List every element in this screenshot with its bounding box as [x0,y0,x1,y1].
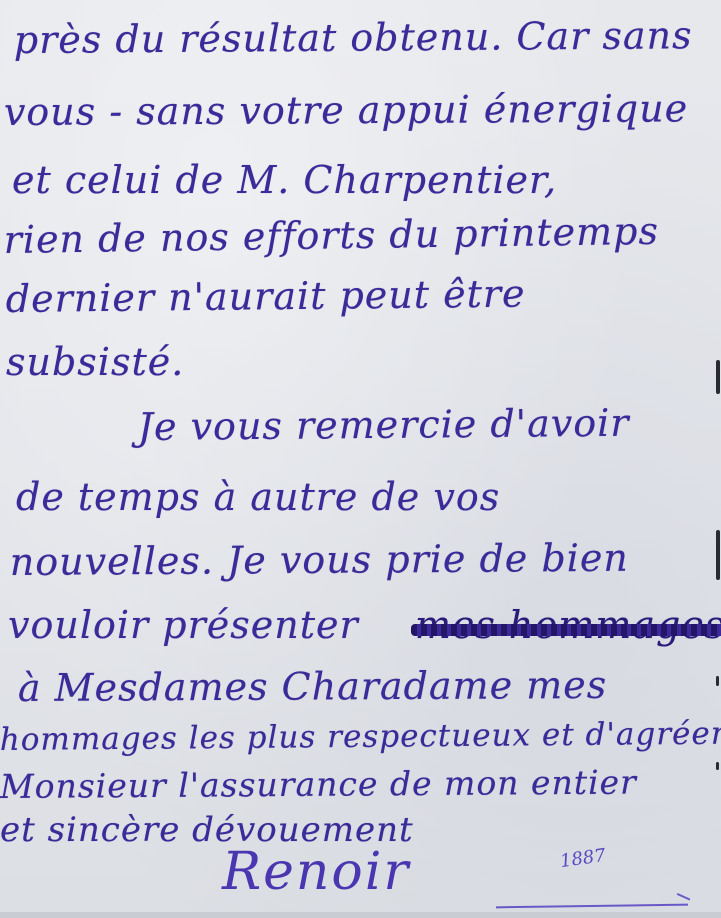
letter-line-10: vouloir présenter mes hommages [8,603,721,647]
letter-line-11: à Mesdames Charadame mes [18,663,608,710]
page-bottom-edge [0,912,721,918]
letter-page: près du résultat obtenu. Car sans vous -… [0,0,721,912]
letter-line-2: vous - sans votre appui énergique [4,86,689,134]
struck-through-text: mes hommages [415,603,721,647]
letter-line-1: près du résultat obtenu. Car sans [14,13,693,62]
letter-line-6: subsisté. [6,340,184,384]
page-edge-mark [716,530,720,580]
letter-line-7: Je vous remercie d'avoir [138,401,630,449]
signature-annotation: 1887 [559,845,607,872]
letter-line-12: hommages les plus respectueux et d'agrée… [0,715,721,758]
signature: Renoir [222,842,410,902]
letter-line-9: nouvelles. Je vous prie de bien [10,536,629,584]
signature-underline [496,904,688,909]
letter-line-13: Monsieur l'assurance de mon entier [0,763,637,806]
letter-line-4: rien de nos efforts du printemps [3,209,659,262]
page-edge-mark [716,762,719,770]
letter-line-10-text: vouloir présenter [8,603,359,647]
letter-line-8: de temps à autre de vos [16,475,500,519]
letter-line-3: et celui de M. Charpentier, [12,158,557,202]
letter-line-5: dernier n'aurait peut être [6,272,526,321]
page-edge-mark [716,360,720,394]
page-edge-mark [716,676,719,686]
